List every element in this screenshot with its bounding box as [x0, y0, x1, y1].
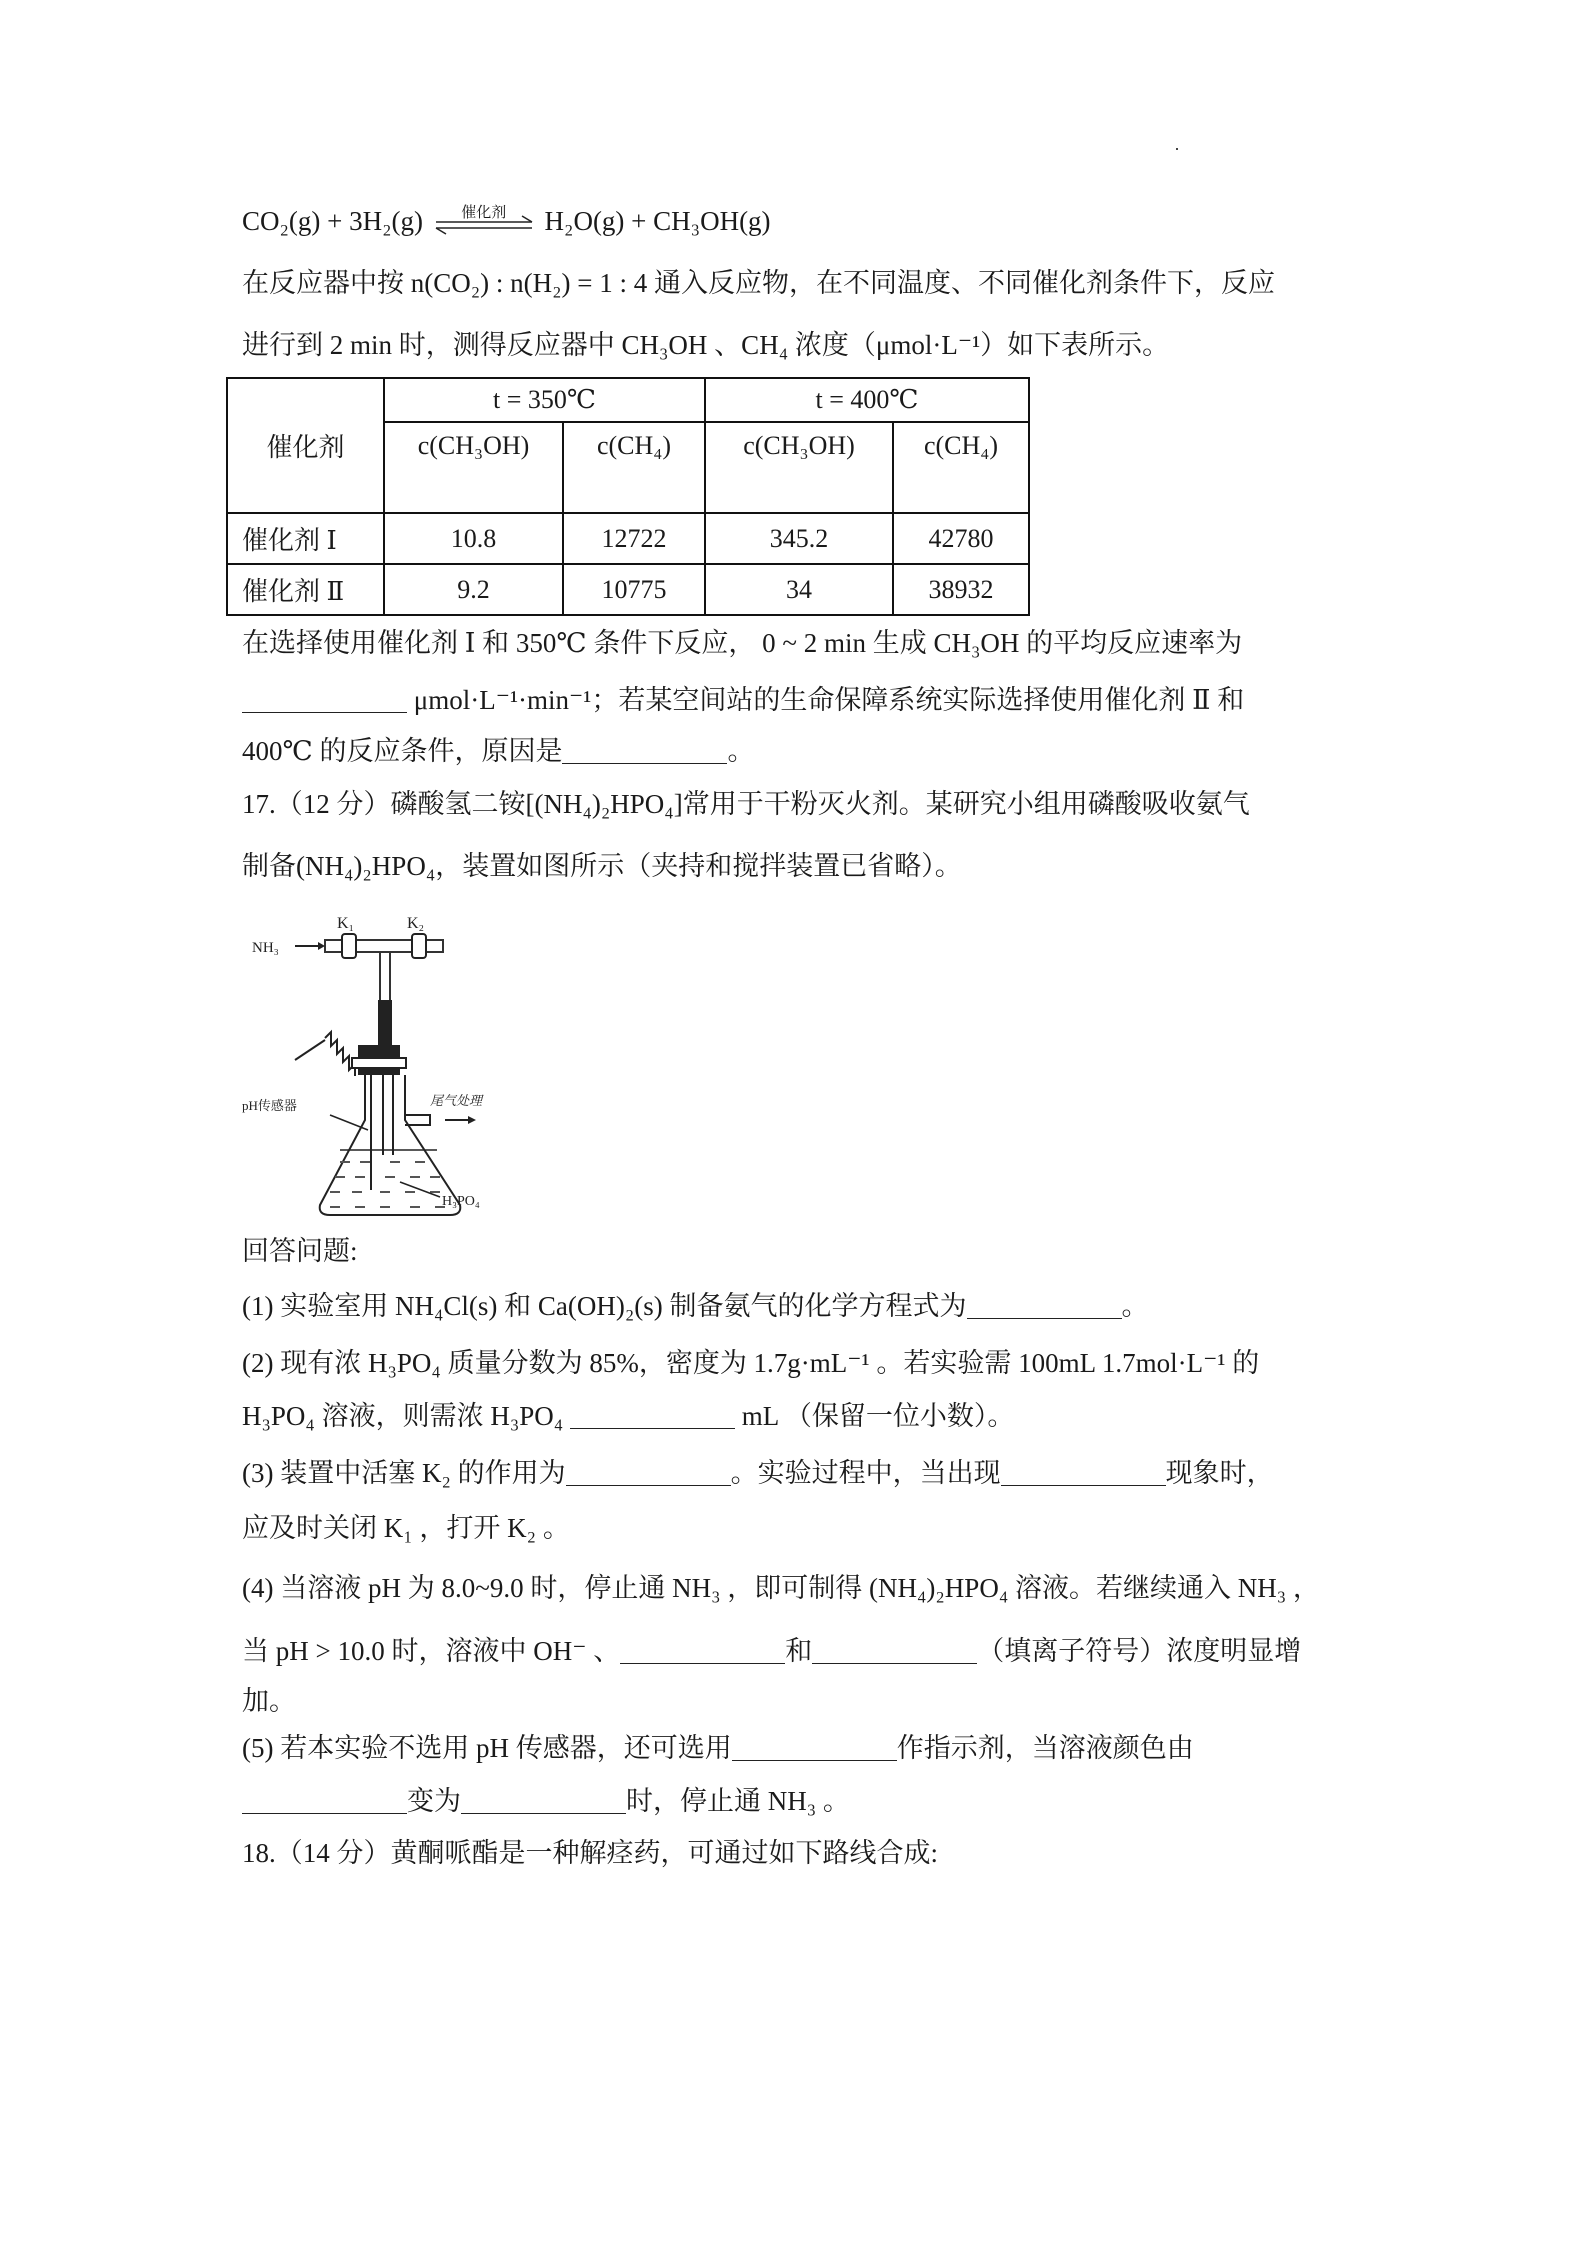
- q17-sub-5-line-1: (5) 若本实验不选用 pH 传感器，还可选用作指示剂，当溶液颜色由: [242, 1730, 1194, 1766]
- h3po4-label: H₃PO₄: [442, 1194, 480, 1209]
- q16-line-2: μmol·L⁻¹·min⁻¹；若某空间站的生命保障系统实际选择使用催化剂 Ⅱ 和: [242, 682, 1244, 718]
- q17-sub-2-line-2: H₃PO₄ 溶液，则需浓 H₃PO₄ mL （保留一位小数）。: [242, 1398, 1014, 1434]
- table-row: 催化剂 Ⅰ 10.8 12722 345.2 42780: [227, 513, 1029, 564]
- apparatus-diagram-icon: K₁ K₂ NH₃ pH传感器 尾气处理 H₃PO₄: [240, 900, 540, 1225]
- question-text: (1) 实验室用 NH₄Cl(s) 和 Ca(OH)₂(s) 制备氨气的化学方程…: [242, 1291, 967, 1321]
- q17-sub-4-line-3: 加。: [242, 1683, 296, 1719]
- table-cell: 10775: [563, 564, 705, 615]
- intro-text: 在反应器中按: [242, 268, 404, 298]
- answer-blank[interactable]: [562, 735, 727, 764]
- temp-header-400: t = 400℃: [705, 378, 1029, 422]
- intro-text: 浓度（μmol·L⁻¹）如下表所示。: [795, 330, 1169, 360]
- q17-text: ，装置如图所示（夹持和搅拌装置已省略）。: [435, 851, 962, 881]
- answer-blank[interactable]: [461, 1785, 626, 1814]
- q17-text: 常用于干粉灭火剂。某研究小组用磷酸吸收氨气: [683, 789, 1250, 819]
- q16-line-1: 在选择使用催化剂 Ⅰ 和 350℃ 条件下反应， 0 ~ 2 min 生成 CH…: [242, 625, 1242, 661]
- scan-artifact-dot: [1176, 148, 1178, 150]
- apparatus-figure: K₁ K₂ NH₃ pH传感器 尾气处理 H₃PO₄: [240, 900, 540, 1225]
- nh3-label: NH₃: [252, 940, 279, 956]
- intro-text: 通入反应物，在不同温度、不同催化剂条件下，反应: [654, 268, 1275, 298]
- q16-text: 。: [727, 736, 754, 766]
- answer-blank[interactable]: [242, 1785, 407, 1814]
- question-text: 现象时，: [1166, 1458, 1274, 1488]
- table-row: 催化剂 Ⅱ 9.2 10775 34 38932: [227, 564, 1029, 615]
- answer-blank[interactable]: [812, 1635, 977, 1664]
- intro-text: 时，测得反应器中: [399, 330, 615, 360]
- q17-sub-5-line-2: 变为时，停止通 NH₃ 。: [242, 1783, 850, 1819]
- answer-blank[interactable]: [732, 1732, 897, 1761]
- q17-sub-4-line-1: (4) 当溶液 pH 为 8.0~9.0 时，停止通 NH₃ ，即可制得 (NH…: [242, 1570, 1320, 1606]
- molar-ratio: n(CO₂) : n(H₂) = 1 : 4: [411, 268, 648, 298]
- table-cell: 34: [705, 564, 893, 615]
- q17-sub-3-line-1: (3) 装置中活塞 K₂ 的作用为。实验过程中，当出现现象时，: [242, 1455, 1274, 1491]
- q16-text: 400℃ 的反应条件，原因是: [242, 736, 562, 766]
- answer-blank[interactable]: [566, 1457, 731, 1486]
- sub-header: c(CH₃OH): [384, 422, 563, 513]
- question-text: （填离子符号）浓度明显增: [977, 1636, 1301, 1666]
- concentration-table: 催化剂 t = 350℃ t = 400℃ c(CH₃OH) c(CH₄) c(…: [226, 377, 1030, 616]
- equilibrium-arrow: 催化剂: [434, 209, 534, 239]
- q16-line-3: 400℃ 的反应条件，原因是。: [242, 733, 754, 769]
- q17-sub-4-line-2: 当 pH > 10.0 时，溶液中 OH⁻ 、和（填离子符号）浓度明显增: [242, 1633, 1301, 1669]
- question-text: mL （保留一位小数）。: [742, 1401, 1015, 1431]
- question-text: 变为: [407, 1786, 461, 1816]
- q17-text: 制备: [242, 851, 296, 881]
- q17-line-1: 17.（12 分）磷酸氢二铵[(NH₄)₂HPO₄]常用于干粉灭火剂。某研究小组…: [242, 786, 1250, 822]
- sub-header: c(CH₄): [563, 422, 705, 513]
- catalyst-label: 催化剂: [434, 195, 534, 231]
- q16-text: ；若某空间站的生命保障系统实际选择使用催化剂 Ⅱ 和: [591, 685, 1244, 715]
- ph-sensor-label: pH传感器: [242, 1098, 297, 1113]
- catalyst-name: 催化剂 Ⅱ: [227, 564, 384, 615]
- table-cell: 9.2: [384, 564, 563, 615]
- question-text: (3) 装置中活塞 K₂ 的作用为: [242, 1458, 566, 1488]
- answer-blank[interactable]: [570, 1400, 735, 1429]
- q17-sub-3-line-2: 应及时关闭 K₁ ，打开 K₂ 。: [242, 1510, 570, 1546]
- question-text: 和: [785, 1636, 812, 1666]
- intro-line-2: 进行到 2 min 时，测得反应器中 CH₃OH 、CH₄ 浓度（μmol·L⁻…: [242, 327, 1169, 363]
- species: CH₃OH 、CH₄: [622, 330, 789, 360]
- rate-unit: μmol·L⁻¹·min⁻¹: [414, 685, 592, 715]
- q17-sub-1: (1) 实验室用 NH₄Cl(s) 和 Ca(OH)₂(s) 制备氨气的化学方程…: [242, 1288, 1149, 1324]
- question-text: 时，停止通 NH₃ 。: [626, 1786, 850, 1816]
- table-cell: 12722: [563, 513, 705, 564]
- formula: (NH₄)₂HPO₄: [296, 851, 435, 881]
- equation-reactants: CO₂(g) + 3H₂(g): [242, 206, 423, 236]
- corner-header: 催化剂: [227, 378, 384, 513]
- reaction-time: 2 min: [330, 330, 392, 360]
- question-text: 当 pH > 10.0 时，溶液中 OH⁻ 、: [242, 1636, 620, 1666]
- table-cell: 42780: [893, 513, 1029, 564]
- k2-label: K₂: [407, 915, 424, 932]
- q17-sub-2-line-1: (2) 现有浓 H₃PO₄ 质量分数为 85%，密度为 1.7g·mL⁻¹ 。若…: [242, 1345, 1259, 1381]
- sub-header: c(CH₄): [893, 422, 1029, 513]
- formula: [(NH₄)₂HPO₄]: [526, 789, 683, 819]
- exhaust-label: 尾气处理: [430, 1093, 484, 1108]
- q17-heading: 17.（12 分）磷酸氢二铵: [242, 789, 526, 819]
- question-text: 。: [1122, 1291, 1149, 1321]
- question-text: 。实验过程中，当出现: [731, 1458, 1001, 1488]
- equation-products: H₂O(g) + CH₃OH(g): [545, 206, 771, 236]
- answer-blank[interactable]: [620, 1635, 785, 1664]
- intro-text: 进行到: [242, 330, 323, 360]
- table-cell: 38932: [893, 564, 1029, 615]
- question-text: 作指示剂，当溶液颜色由: [897, 1733, 1194, 1763]
- q17-line-2: 制备(NH₄)₂HPO₄，装置如图所示（夹持和搅拌装置已省略）。: [242, 848, 962, 884]
- catalyst-name: 催化剂 Ⅰ: [227, 513, 384, 564]
- question-text: (5) 若本实验不选用 pH 传感器，还可选用: [242, 1733, 732, 1763]
- intro-line-1: 在反应器中按 n(CO₂) : n(H₂) = 1 : 4 通入反应物，在不同温…: [242, 265, 1275, 301]
- reaction-equation: CO₂(g) + 3H₂(g) 催化剂 H₂O(g) + CH₃OH(g): [242, 203, 771, 239]
- table-cell: 345.2: [705, 513, 893, 564]
- answer-prompt: 回答问题:: [242, 1233, 358, 1269]
- answer-blank[interactable]: [967, 1290, 1122, 1319]
- k1-label: K₁: [337, 915, 354, 932]
- answer-blank[interactable]: [242, 684, 407, 713]
- answer-blank[interactable]: [1001, 1457, 1166, 1486]
- sub-header: c(CH₃OH): [705, 422, 893, 513]
- question-text: H₃PO₄ 溶液，则需浓 H₃PO₄: [242, 1401, 563, 1431]
- temp-header-350: t = 350℃: [384, 378, 705, 422]
- q18-heading: 18.（14 分）黄酮哌酯是一种解痉药，可通过如下路线合成:: [242, 1835, 938, 1871]
- table-cell: 10.8: [384, 513, 563, 564]
